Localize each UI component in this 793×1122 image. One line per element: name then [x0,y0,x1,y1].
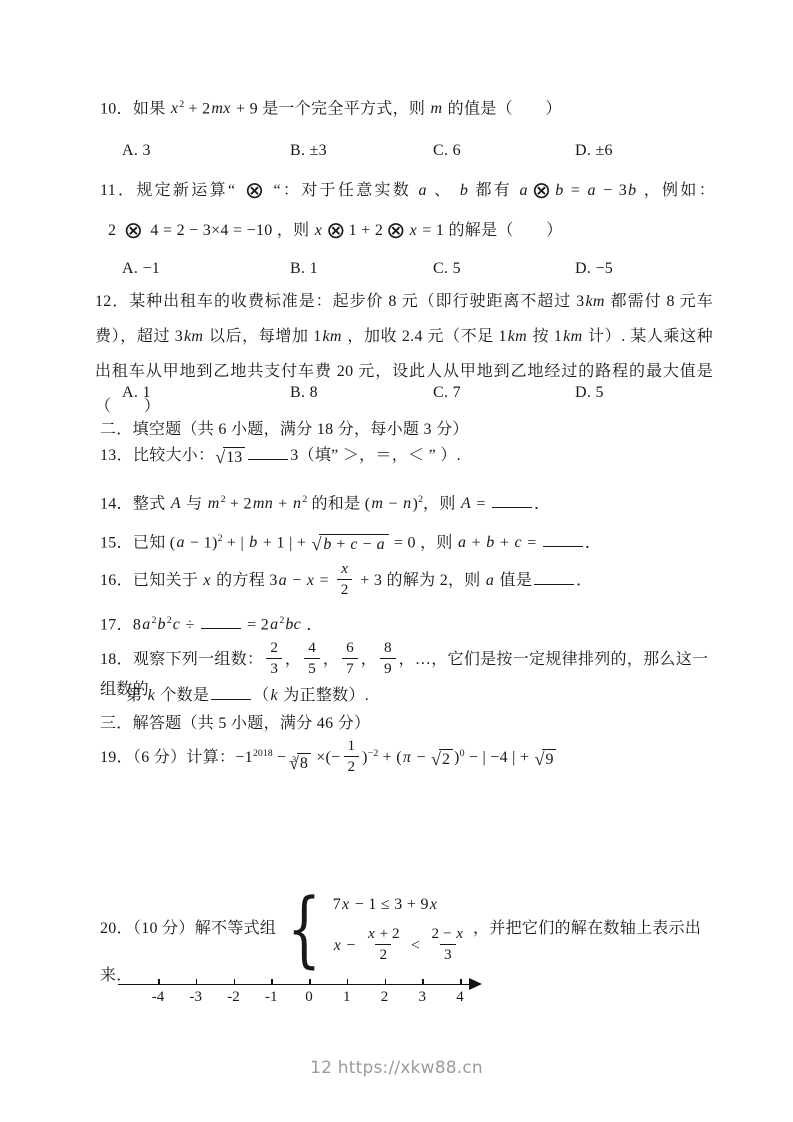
question-10-stem: 10．如果 x2 + 2mx + 9 是一个完全平方式，则 m 的值是（ ） [100,94,715,120]
system-rows: 7x − 1 ≤ 3 + 9xx − x + 22 < 2 − x3 [333,894,471,965]
system-brace: { [287,895,321,965]
question-17-stem: 17．8a2b2c ÷ = 2a2bc ． [100,610,715,636]
number-line-label: 0 [305,989,313,1006]
option-c: C. 7 [433,384,461,402]
option-a: A. 1 [122,384,151,402]
number-line: -4-3-2-101234 [100,966,482,1012]
question-11-stem-line1: 11．规定新运算“ ⊗ “：对于任意实数 a 、 b 都有 a⊗b = a − … [100,179,715,202]
number-line-label: -4 [152,989,165,1006]
question-18-stem-line2: 第 k 个数是（k 为正整数）. [100,684,741,707]
number-line-tick [158,979,160,985]
option-c: C. 5 [433,260,461,278]
question-20-prefix: 20．（10 分）解不等式组 [100,920,276,937]
option-d: D. 5 [575,384,604,402]
option-d: D. −5 [575,260,613,278]
number-line-tick [196,979,198,985]
number-line-tick [422,979,424,985]
number-line-tick [347,979,349,985]
question-11-options: A. −1 B. 1 C. 5 D. −5 [100,260,715,282]
inequality-2: x − x + 22 < 2 − x3 [333,928,471,965]
question-13-stem: 13．比较大小：√133（填” ＞，＝，＜ ” ）. [100,444,715,467]
number-line-label: 3 [419,989,427,1006]
option-a: A. −1 [122,260,160,278]
question-15-stem: 15．已知 (a − 1)2 + | b + 1 | + √b + c − a … [100,528,715,554]
section-3-header: 三．解答题（共 5 小题，满分 46 分） [100,713,715,735]
watermark-footer: 12 https://xkw88.cn [0,1058,793,1078]
inequality-1: 7x − 1 ≤ 3 + 9x [333,894,471,916]
number-line-label: 1 [343,989,351,1006]
exam-page: 10．如果 x2 + 2mx + 9 是一个完全平方式，则 m 的值是（ ） A… [0,0,793,1122]
option-a: A. 3 [122,142,151,160]
number-line-tick [460,979,462,985]
question-12-options: A. 1 B. 8 C. 7 D. 5 [100,384,715,406]
question-10-options: A. 3 B. ±3 C. 6 D. ±6 [100,142,715,164]
number-line-tick [309,979,311,985]
question-11-stem-line2: 2 ⊗ 4 = 2 − 3×4 = −10 ，则 x⊗1 + 2⊗x = 1 的… [100,219,723,242]
question-14-stem: 14．整式 A 与 m2 + 2mn + n2 的和是 (m − n)2，则 A… [100,489,715,515]
question-19-stem: 19．（6 分）计算：−12018 − 3√8 ×(−12)−2 + (π − … [100,740,715,777]
section-2-header: 二．填空题（共 6 小题，满分 18 分，每小题 3 分） [100,419,715,441]
option-b: B. 1 [290,260,318,278]
option-d: D. ±6 [575,142,613,160]
option-c: C. 6 [433,142,461,160]
number-line-axis [118,984,472,985]
inequality-system: {7x − 1 ≤ 3 + 9xx − x + 22 < 2 − x3 [278,894,471,965]
number-line-tick [234,979,236,985]
number-line-tick [385,979,387,985]
option-b: B. 8 [290,384,318,402]
number-line-label: -3 [190,989,203,1006]
number-line-label: -1 [265,989,278,1006]
number-line-arrow-icon [469,978,482,990]
number-line-tick [271,979,273,985]
question-16-stem: 16．已知关于 x 的方程 3a − x = x2 + 3 的解为 2，则 a … [100,563,715,600]
number-line-label: 2 [381,989,389,1006]
number-line-label: 4 [456,989,464,1006]
option-b: B. ±3 [290,142,327,160]
number-line-label: -2 [227,989,240,1006]
